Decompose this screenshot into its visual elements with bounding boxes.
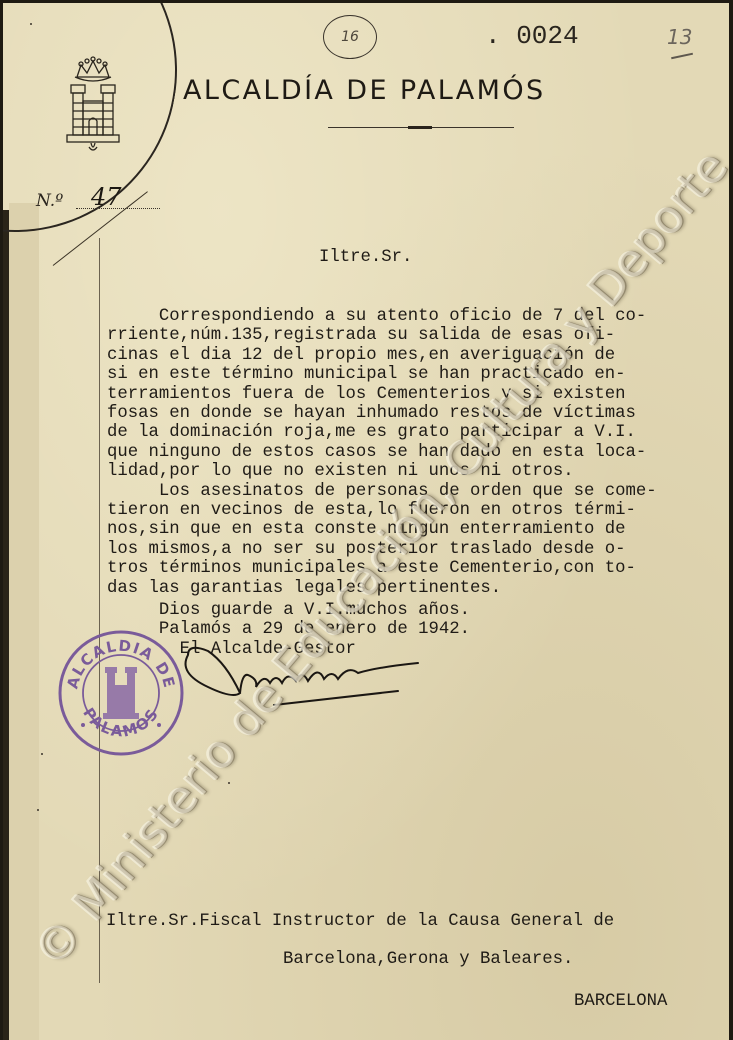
addressee-line-1: Iltre.Sr.Fiscal Instructor de la Causa G… [106,912,614,931]
title-divider-mark [408,126,432,129]
paper-speck [41,753,43,755]
reference-number: 47 [91,183,122,211]
pencil-underline [671,53,693,59]
margin-fold-line [99,238,100,983]
municipal-seal-stamp: ALCALDIA DE PALAMOS [55,629,187,757]
circled-folio-number: 16 [323,15,377,59]
handwritten-signature [178,643,438,723]
archive-number: . 0024 [485,21,579,51]
castle-crest-icon [63,55,123,155]
svg-text:ALCALDIA DE: ALCALDIA DE [63,637,178,691]
page-edge-shadow [3,210,9,1040]
reference-label: N.º [36,191,63,211]
addressee-line-2: Barcelona,Gerona y Baleares. [283,950,573,969]
letterhead-title: ALCALDÍA DE PALAMÓS [183,75,663,106]
document-page: ALCALDÍA DE PALAMÓS 16 . 0024 13 N.º 47 … [3,3,729,1040]
letter-body: Correspondiendo a su atento oficio de 7 … [107,307,657,598]
torn-edge [9,203,39,1040]
salutation: Iltre.Sr. [319,248,412,267]
paper-speck [37,809,39,811]
pencil-page-number: 13 [667,25,692,49]
destination-city: BARCELONA [574,992,667,1011]
paper-speck [30,23,32,25]
paper-speck [228,782,230,784]
